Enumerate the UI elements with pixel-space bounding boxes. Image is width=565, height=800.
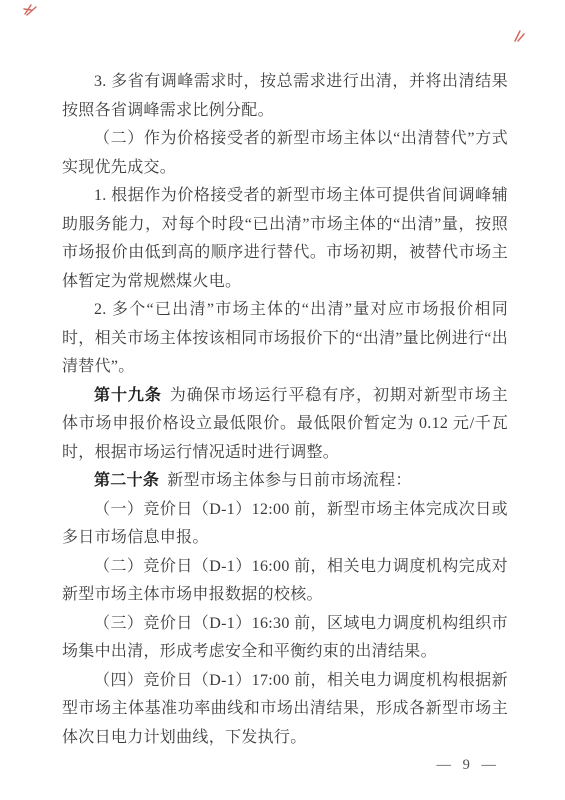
article-number: 第十九条 <box>94 387 162 404</box>
paragraph-text: 1. 根据作为价格接受者的新型市场主体可提供省间调峰辅助服务能力，对每个时段“已… <box>62 187 508 290</box>
paragraph: （二）作为价格接受者的新型市场主体以“出清替代”方式实现优先成交。 <box>62 125 508 182</box>
document-page: 3. 多省有调峰需求时，按总需求进行出清，并将出清结果按照各省调峰需求比例分配。… <box>0 0 565 800</box>
paragraph-text: 3. 多省有调峰需求时，按总需求进行出清，并将出清结果按照各省调峰需求比例分配。 <box>62 73 508 119</box>
paragraph-text: （二）竞价日（D-1）16:00 前，相关电力调度机构完成对新型市场主体市场申报… <box>62 558 508 604</box>
paragraph: （三）竞价日（D-1）16:30 前，区域电力调度机构组织市场集中出清，形成考虑… <box>62 610 508 667</box>
paragraph: （二）竞价日（D-1）16:00 前，相关电力调度机构完成对新型市场主体市场申报… <box>62 553 508 610</box>
paragraph-text: 新型市场主体参与日前市场流程： <box>167 472 412 489</box>
paragraph-text: （三）竞价日（D-1）16:30 前，区域电力调度机构组织市场集中出清，形成考虑… <box>62 615 508 661</box>
paragraph-article-19: 第十九条为确保市场运行平稳有序，初期对新型市场主体市场申报价格设立最低限价。最低… <box>62 382 508 468</box>
paragraph-text: （四）竞价日（D-1）17:00 前，相关电力调度机构根据新型市场主体基准功率曲… <box>62 672 508 746</box>
red-scan-mark-icon <box>23 3 38 22</box>
paragraph-text: （二）作为价格接受者的新型市场主体以“出清替代”方式实现优先成交。 <box>62 130 508 176</box>
paragraph-text: 2. 多个“已出清”市场主体的“出清”量对应市场报价相同时，相关市场主体按该相同… <box>62 301 508 375</box>
document-body: 3. 多省有调峰需求时，按总需求进行出清，并将出清结果按照各省调峰需求比例分配。… <box>62 68 508 752</box>
paragraph-article-20: 第二十条新型市场主体参与日前市场流程： <box>62 467 508 496</box>
paragraph: （一）竞价日（D-1）12:00 前，新型市场主体完成次日或多日市场信息申报。 <box>62 496 508 553</box>
paragraph-text: （一）竞价日（D-1）12:00 前，新型市场主体完成次日或多日市场信息申报。 <box>62 501 508 547</box>
paragraph: 2. 多个“已出清”市场主体的“出清”量对应市场报价相同时，相关市场主体按该相同… <box>62 296 508 382</box>
article-number: 第二十条 <box>94 472 159 489</box>
red-scan-mark-icon <box>513 29 526 48</box>
page-number: — 9 — <box>437 757 498 774</box>
paragraph: （四）竞价日（D-1）17:00 前，相关电力调度机构根据新型市场主体基准功率曲… <box>62 667 508 753</box>
paragraph: 3. 多省有调峰需求时，按总需求进行出清，并将出清结果按照各省调峰需求比例分配。 <box>62 68 508 125</box>
paragraph: 1. 根据作为价格接受者的新型市场主体可提供省间调峰辅助服务能力，对每个时段“已… <box>62 182 508 296</box>
